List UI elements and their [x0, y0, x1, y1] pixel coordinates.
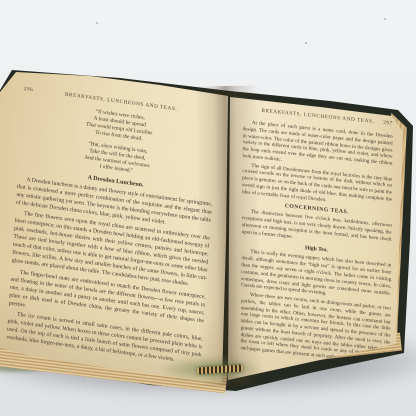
dust-speck	[96, 22, 98, 24]
running-head-spacer	[202, 114, 218, 116]
dust-speck	[384, 18, 386, 20]
right-page-text: BREAKFASTS, LUNCHEONS AND TEAS. 297 At t…	[240, 106, 392, 369]
book-photo: 296 BREAKFASTS, LUNCHEONS AND TEAS. “If …	[0, 0, 416, 416]
running-head-spacer	[243, 110, 259, 112]
right-page-number: 297	[377, 119, 393, 127]
left-page-text: 296 BREAKFASTS, LUNCHEONS AND TEAS. “If …	[6, 86, 219, 371]
dust-speck	[305, 42, 307, 44]
left-page-number: 296	[24, 86, 40, 94]
